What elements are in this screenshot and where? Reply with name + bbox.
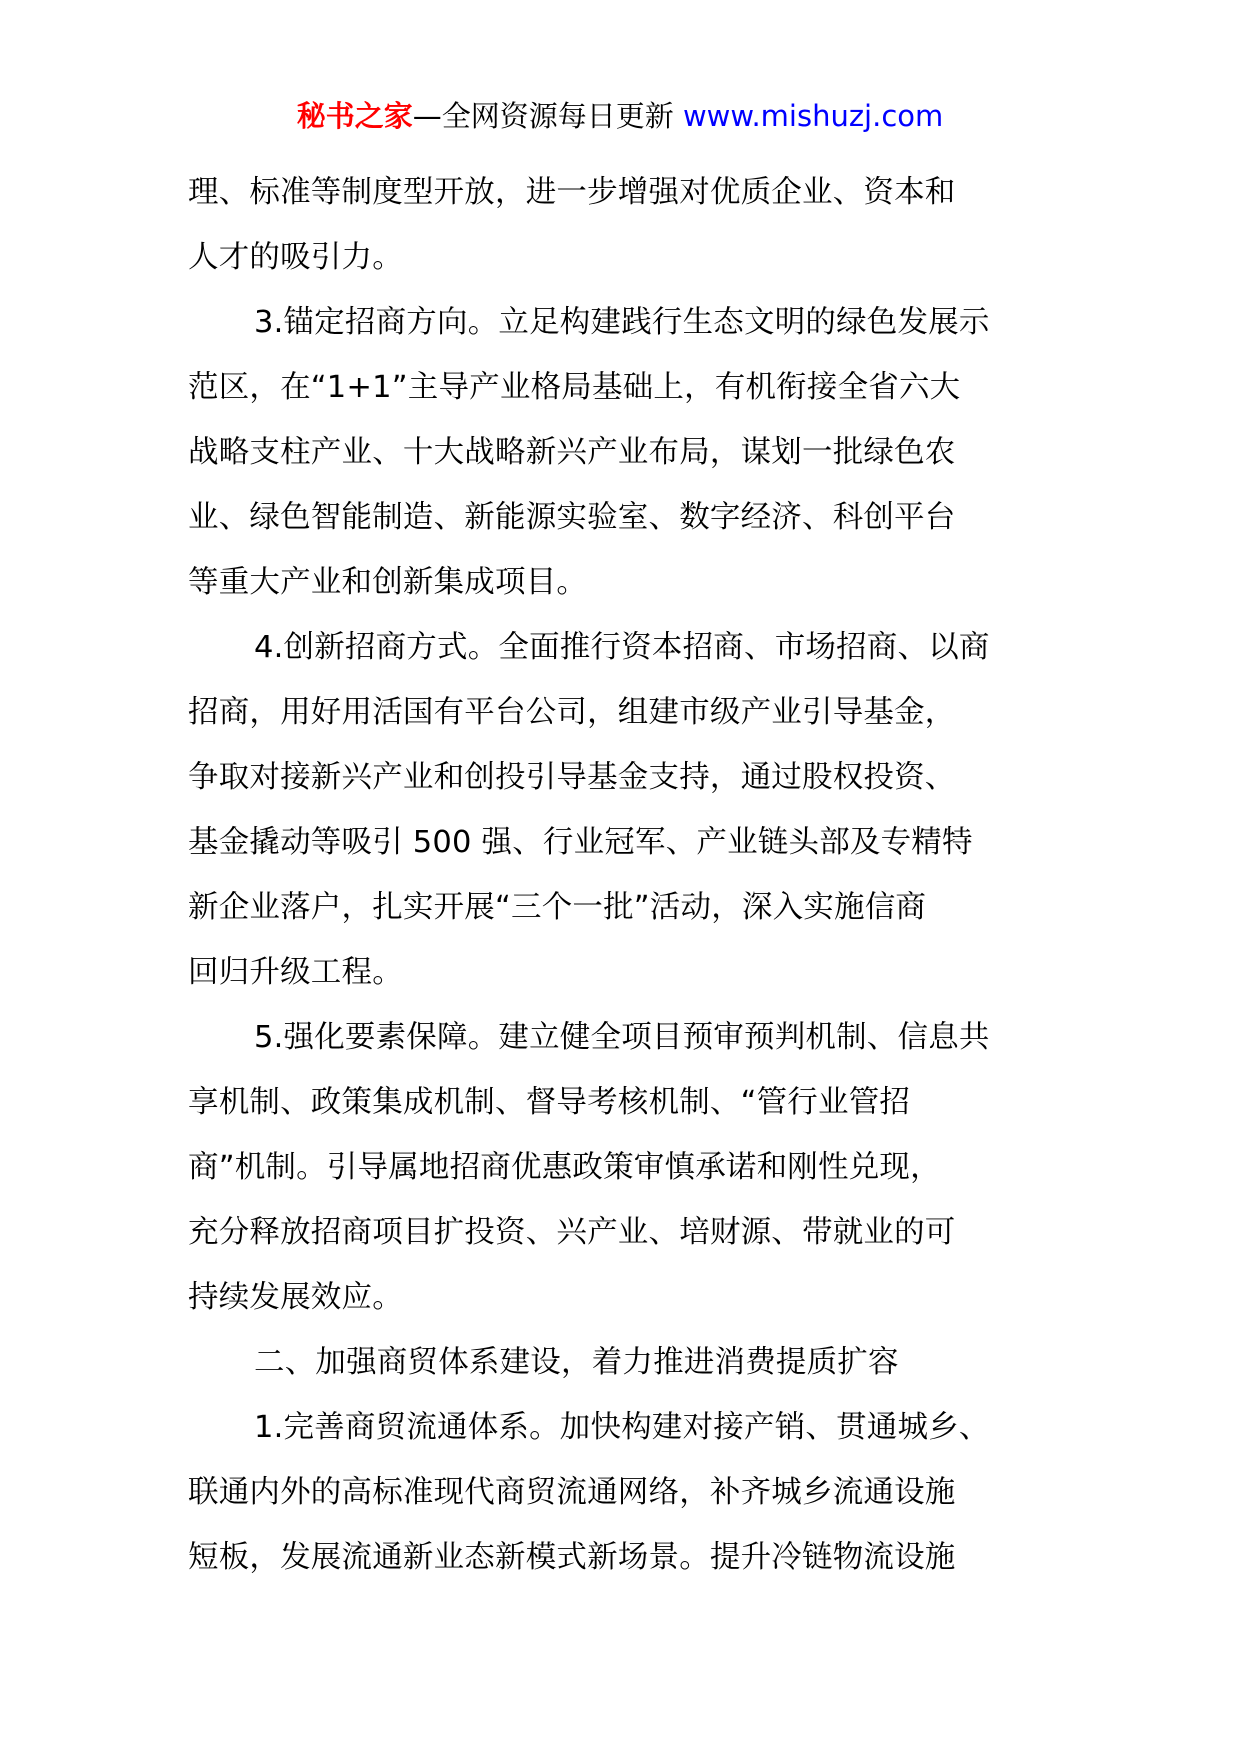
text-line: 等重大产业和创新集成项目。 <box>188 550 1068 615</box>
website-link[interactable]: www.mishuzj.com <box>683 99 943 133</box>
text-line: 招商，用好用活国有平台公司，组建市级产业引导基金， <box>188 680 1068 745</box>
text-line: 享机制、政策集成机制、督导考核机制、“管行业管招 <box>188 1070 1068 1135</box>
section-5-heading-line: 5.强化要素保障。建立健全项目预审预判机制、信息共 <box>188 1005 1068 1070</box>
text-line: 商”机制。引导属地招商优惠政策审慎承诺和刚性兑现， <box>188 1135 1068 1200</box>
section-1-heading-line: 1.完善商贸流通体系。加快构建对接产销、贯通城乡、 <box>188 1395 1068 1460</box>
section-4-heading-line: 4.创新招商方式。全面推行资本招商、市场招商、以商 <box>188 615 1068 680</box>
text-line: 业、绿色智能制造、新能源实验室、数字经济、科创平台 <box>188 485 1068 550</box>
text-line: 充分释放招商项目扩投资、兴产业、培财源、带就业的可 <box>188 1200 1068 1265</box>
text-line: 范区，在“1+1”主导产业格局基础上，有机衔接全省六大 <box>188 355 1068 420</box>
chapter-2-heading: 二、加强商贸体系建设，着力推进消费提质扩容 <box>188 1330 1068 1395</box>
document-body: 理、标准等制度型开放，进一步增强对优质企业、资本和 人才的吸引力。 3.锚定招商… <box>188 160 1068 1590</box>
text-line: 争取对接新兴产业和创投引导基金支持，通过股权投资、 <box>188 745 1068 810</box>
text-line: 新企业落户，扎实开展“三个一批”活动，深入实施信商 <box>188 875 1068 940</box>
page-header: 秘书之家—全网资源每日更新 www.mishuzj.com <box>0 96 1240 136</box>
text-line: 战略支柱产业、十大战略新兴产业布局，谋划一批绿色农 <box>188 420 1068 485</box>
text-line: 持续发展效应。 <box>188 1265 1068 1330</box>
text-line: 联通内外的高标准现代商贸流通网络，补齐城乡流通设施 <box>188 1460 1068 1525</box>
text-line: 短板，发展流通新业态新模式新场景。提升冷链物流设施 <box>188 1525 1068 1590</box>
text-line: 回归升级工程。 <box>188 940 1068 1005</box>
text-line: 理、标准等制度型开放，进一步增强对优质企业、资本和 <box>188 160 1068 225</box>
brand-name: 秘书之家 <box>297 99 413 133</box>
header-tagline: —全网资源每日更新 <box>413 99 683 133</box>
text-line: 基金撬动等吸引 500 强、行业冠军、产业链头部及专精特 <box>188 810 1068 875</box>
section-3-heading-line: 3.锚定招商方向。立足构建践行生态文明的绿色发展示 <box>188 290 1068 355</box>
text-line: 人才的吸引力。 <box>188 225 1068 290</box>
